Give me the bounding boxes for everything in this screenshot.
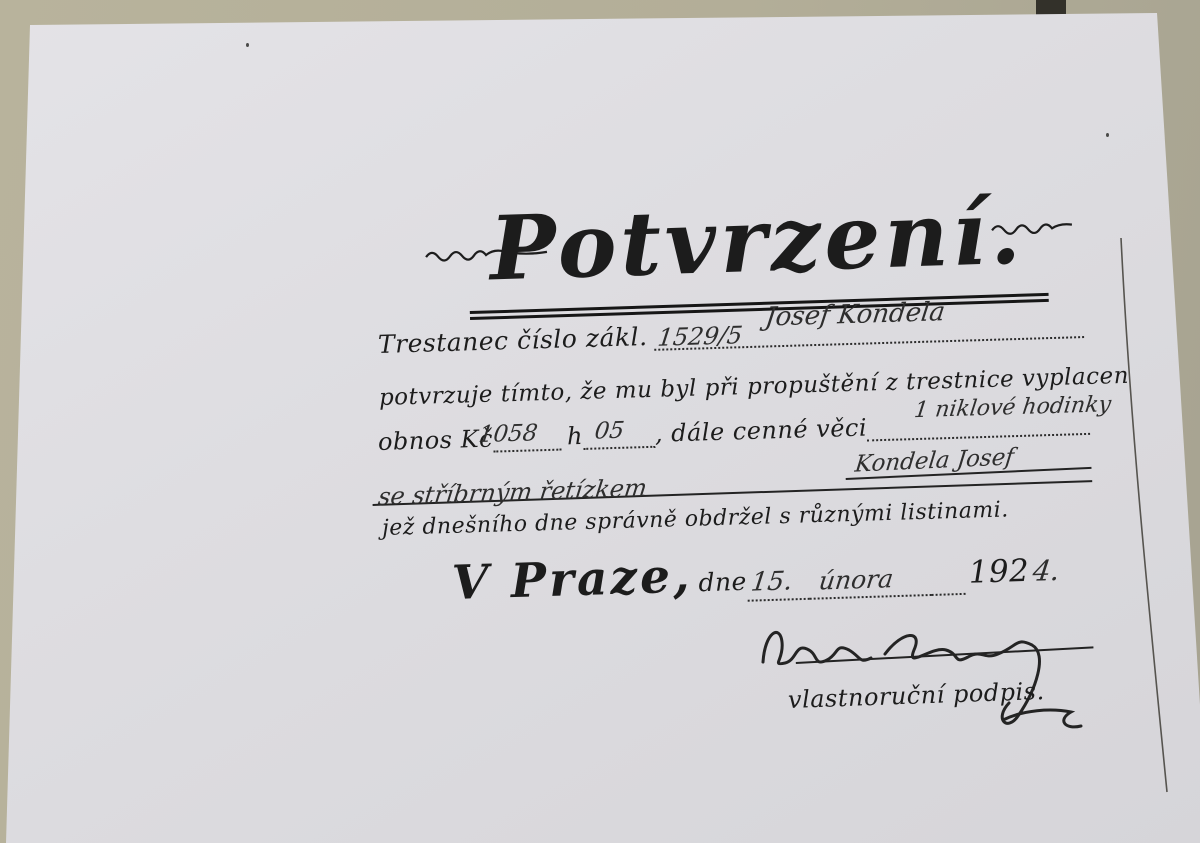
- dotted-fill-line: 05: [583, 420, 656, 450]
- handwritten-day: 15.: [749, 566, 794, 597]
- dotted-fill-line: [930, 540, 966, 596]
- printed-year: 192: [968, 553, 1030, 591]
- handwritten-month: února: [817, 564, 895, 595]
- dotted-fill-line: 15.: [746, 545, 810, 602]
- paper-speck: [246, 43, 249, 47]
- field-label-prisoner-number: Trestanec číslo zákl.: [378, 322, 648, 359]
- place-label: V Praze,: [451, 548, 693, 611]
- handwritten-amount-kc: 1058: [477, 420, 539, 448]
- paper-speck: [1106, 133, 1109, 137]
- dotted-fill-line: února: [808, 541, 932, 600]
- handwritten-valuables-line2: se stříbrným řetízkem: [377, 474, 649, 511]
- handwritten-year-digit: 4.: [1031, 554, 1062, 588]
- document-content: Potvrzení. Trestanec číslo zákl. 1529/5 …: [0, 0, 1200, 843]
- document-title: Potvrzení.: [466, 179, 1048, 320]
- dotted-fill-line: 1529/5 Josef Kondela: [653, 309, 1084, 351]
- handwritten-amount-haler: 05: [593, 418, 626, 445]
- haler-label: h: [567, 422, 584, 450]
- dotted-fill-line: 1058: [493, 423, 562, 453]
- date-label: dne: [698, 567, 747, 598]
- valuables-label: , dále cenné věci: [654, 413, 867, 447]
- amount-prefix: obnos Kč: [378, 425, 494, 456]
- handwritten-prisoner-number: 1529/5: [656, 321, 744, 352]
- signature-scrawl: [735, 602, 1115, 742]
- handwritten-valuables: 1 niklové hodinky: [913, 392, 1113, 423]
- handwritten-prisoner-name: Josef Kondela: [763, 297, 946, 332]
- valuables-continuation-line: se stříbrným řetízkem: [371, 444, 1092, 506]
